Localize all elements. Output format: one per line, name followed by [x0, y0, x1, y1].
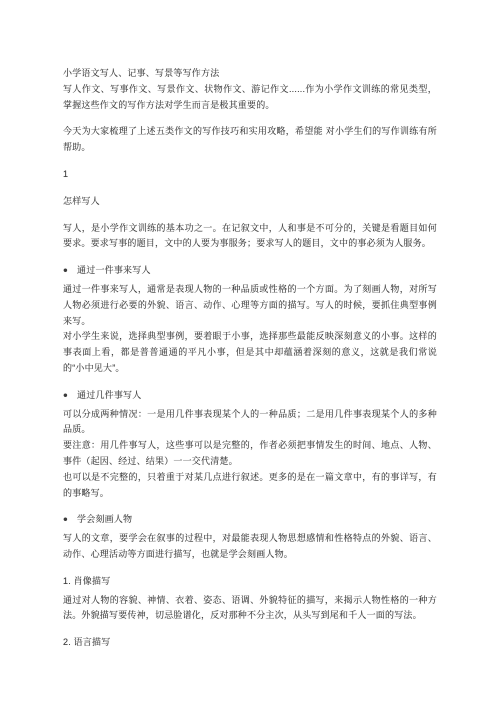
chapter-title: 怎样写人 [63, 194, 437, 210]
bullet-icon: ● [63, 263, 68, 279]
part-number-block: 1 [63, 167, 437, 183]
bullet-heading-label: 通过几件事写人 [77, 390, 141, 400]
paragraph: 通过对人物的容貌、神情、衣着、姿态、语调、外貌特征的描写，来揭示人物性格的一种方… [63, 593, 437, 625]
document-page: 小学语文写人、记事、写景等写作方法 写人作文、写事作文、写景作文、状物作文、游记… [0, 0, 500, 707]
chapter-intro-block: 写人，是小学作文训练的基本功之一。在记叙文中，人和事是不可分的，关键是看题目如何… [63, 221, 437, 253]
numbered-section-portrait: 1. 肖像描写 通过对人物的容貌、神情、衣着、姿态、语调、外貌特征的描写，来揭示… [63, 574, 437, 624]
paragraph: 对小学生来说，选择典型事例，要着眼于小事，选择那些最能反映深刻意义的小事。这样的… [63, 329, 437, 376]
paragraph: 可以分成两种情况：一是用几件事表现某个人的一种品质；二是用几件事表现某个人的多种… [63, 407, 437, 439]
chapter-intro-paragraph: 写人，是小学作文训练的基本功之一。在记叙文中，人和事是不可分的，关键是看题目如何… [63, 221, 437, 253]
document-title: 小学语文写人、记事、写景等写作方法 [63, 66, 437, 82]
numbered-heading: 2. 语言描写 [63, 635, 437, 651]
bullet-section-portray-characters: ●学会刻画人物 写人的文章，要学会在叙事的过程中，对最能表现人物思想感情和性格特… [63, 512, 437, 562]
paragraph: 也可以是不完整的，只着重于对某几点进行叙述。更多的是在一篇文章中，有的事详写，有… [63, 470, 437, 502]
numbered-section-language: 2. 语言描写 [63, 635, 437, 651]
bullet-section-one-event: ●通过一件事来写人 通过一件事来写人，通常是表现人物的一种品质或性格的一个方面。… [63, 263, 437, 377]
bullet-heading-label: 通过一件事来写人 [77, 265, 151, 275]
paragraph: 要注意：用几件事写人，这些事可以是完整的，作者必须把事情发生的时间、地点、人物、… [63, 438, 437, 470]
bullet-heading: ●通过几件事写人 [63, 388, 437, 404]
paragraph: 写人的文章，要学会在叙事的过程中，对最能表现人物思想感情和性格特点的外貌、语言、… [63, 531, 437, 563]
bullet-heading-label: 学会刻画人物 [77, 514, 132, 524]
numbered-heading: 1. 肖像描写 [63, 574, 437, 590]
paragraph: 通过一件事来写人，通常是表现人物的一种品质或性格的一个方面。为了刻画人物，对所写… [63, 282, 437, 329]
header-block: 小学语文写人、记事、写景等写作方法 写人作文、写事作文、写景作文、状物作文、游记… [63, 66, 437, 113]
document-body: 小学语文写人、记事、写景等写作方法 写人作文、写事作文、写景作文、状物作文、游记… [0, 0, 500, 651]
part-number: 1 [63, 167, 437, 183]
intro-paragraph-2: 今天为大家梳理了上述五类作文的写作技巧和实用攻略，希望能 对小学生们的写作训练有… [63, 124, 437, 156]
bullet-heading: ●学会刻画人物 [63, 512, 437, 528]
bullet-heading: ●通过一件事来写人 [63, 263, 437, 279]
bullet-icon: ● [63, 387, 68, 403]
intro-paragraph-1: 写人作文、写事作文、写景作文、状物作文、游记作文......作为小学作文训练的常… [63, 82, 437, 114]
bullet-icon: ● [63, 512, 68, 528]
bullet-section-several-events: ●通过几件事写人 可以分成两种情况：一是用几件事表现某个人的一种品质；二是用几件… [63, 388, 437, 502]
intro-block-2: 今天为大家梳理了上述五类作文的写作技巧和实用攻略，希望能 对小学生们的写作训练有… [63, 124, 437, 156]
chapter-title-block: 怎样写人 [63, 194, 437, 210]
